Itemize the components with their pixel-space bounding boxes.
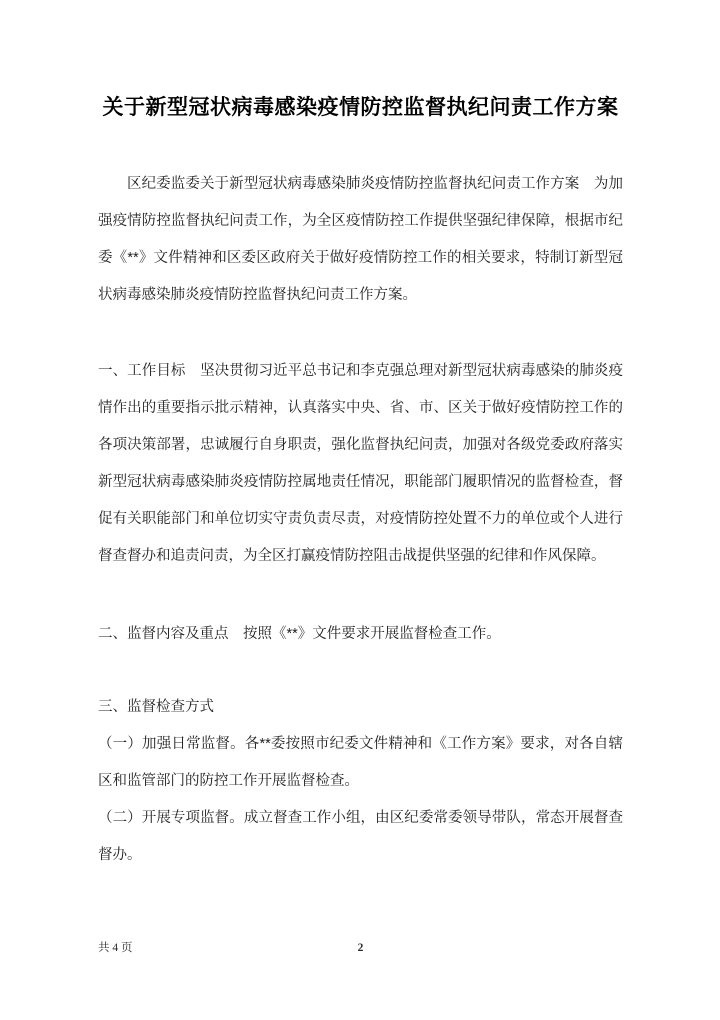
list-item-1-daily-supervision: （一）加强日常监督。各**委按照市纪委文件精神和《工作方案》要求，对各自辖区和监… xyxy=(98,726,623,800)
page-footer: 共 4 页 2 xyxy=(98,939,623,957)
list-item-2-special-supervision: （二）开展专项监督。成立督查工作小组，由区纪委常委领导带队，常态开展督查督办。 xyxy=(98,800,623,874)
page-number: 2 xyxy=(98,939,623,957)
intro-paragraph: 区纪委监委关于新型冠状病毒感染肺炎疫情防控监督执纪问责工作方案 为加强疫情防控监… xyxy=(98,166,623,314)
document-title: 关于新型冠状病毒感染疫情防控监督执纪问责工作方案 xyxy=(98,86,623,128)
section-1-work-goals: 一、工作目标 坚决贯彻习近平总书记和李克强总理对新型冠状病毒感染的肺炎疫情作出的… xyxy=(98,353,623,575)
section-3-inspection-methods: 三、监督检查方式 xyxy=(98,689,623,726)
section-2-supervision-content: 二、监督内容及重点 按照《**》文件要求开展监督检查工作。 xyxy=(98,616,623,653)
document-page: 关于新型冠状病毒感染疫情防控监督执纪问责工作方案 区纪委监委关于新型冠状病毒感染… xyxy=(0,0,720,1020)
document-body: 关于新型冠状病毒感染疫情防控监督执纪问责工作方案 区纪委监委关于新型冠状病毒感染… xyxy=(98,86,623,874)
